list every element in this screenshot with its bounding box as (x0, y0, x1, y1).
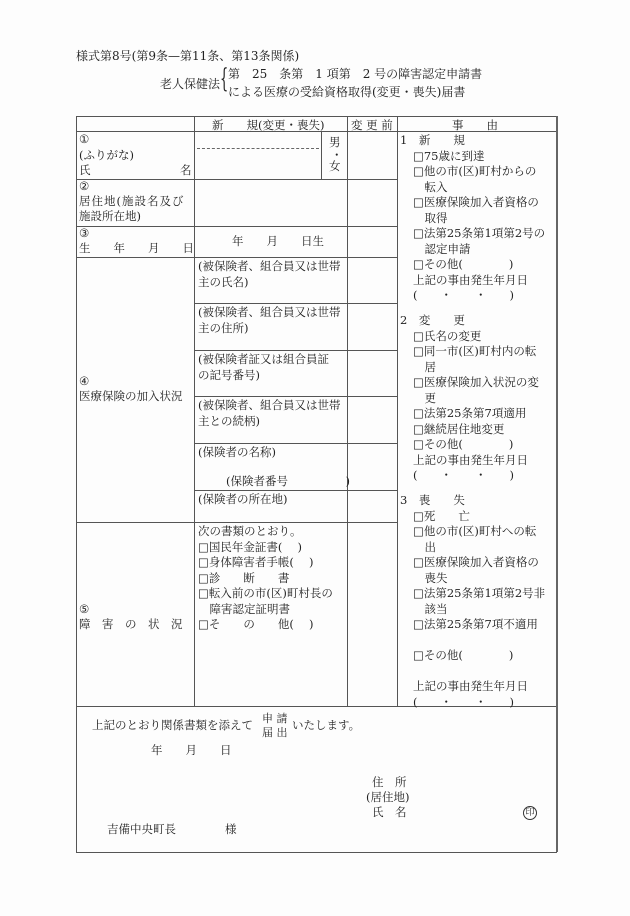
applicant-name-label: 氏 名 (372, 807, 407, 819)
checkbox-art25-7-apply[interactable]: □法第25条第7項適用 (413, 406, 539, 422)
reason-heading-new: 1 新 規 (400, 133, 545, 149)
name-label-left: 氏 (79, 165, 91, 177)
row2-number: ② (79, 181, 89, 193)
checkbox-new-other[interactable]: □その他( ) (413, 257, 545, 273)
checkbox-insurance-acquired[interactable]: □医療保険加入者資格の (413, 195, 545, 211)
row5-number: ⑤ (79, 604, 89, 616)
checkbox-change-other[interactable]: □その他( ) (413, 437, 539, 453)
insurance-status-label: 医療保険の加入状況 (79, 391, 183, 403)
birthdate-field[interactable]: 年 月 日生 (232, 236, 324, 248)
checkbox-death[interactable]: □死 亡 (413, 509, 545, 525)
reason-section-new: 1 新 規 □75歳に到達 □他の市(区)町村からの 転入 □医療保険加入者資格… (400, 133, 545, 304)
checkbox-transfer-out[interactable]: □他の市(区)町村への転 (413, 524, 545, 540)
declaration-apply[interactable]: 申 請 (262, 713, 288, 724)
loss-event-date-field[interactable]: ( ・ ・ ) (413, 695, 545, 711)
reason-section-loss: 3 喪 失 □死 亡 □他の市(区)町村への転 出 □医療保険加入者資格の 喪失… (400, 493, 545, 710)
relationship-cell[interactable]: (被保険者、組合員又は世帯 主との続柄) (198, 398, 341, 429)
checkbox-art25-certification[interactable]: □法第25条第1項第2号の (413, 226, 545, 242)
law-name: 老人保健法 (160, 78, 220, 90)
reason-section-change: 2 変 更 □氏名の変更 □同一市(区)町村内の転 居 □医療保険加入状況の変 … (400, 313, 539, 484)
declaration-end: いたします。 (292, 720, 360, 732)
addressee-honorific: 様 (225, 824, 237, 836)
checkbox-transfer-in[interactable]: □他の市(区)町村からの (413, 164, 545, 180)
checkbox-art25-7-not-apply[interactable]: □法第25条第7項不適用 (413, 617, 545, 633)
insurance-card-number-cell[interactable]: (被保険者証又は組合員証 の記号番号) (198, 352, 329, 383)
title-line-2: による医療の受給資格取得(変更・喪失)届書 (228, 86, 465, 98)
checkbox-art25-not-applicable[interactable]: □法第25条第1項第2号非 (413, 586, 545, 602)
residence-label-1: 居住地(施設名及び (79, 196, 185, 208)
insured-address-cell[interactable]: (被保険者、組合員又は世帯 主の住所) (198, 305, 341, 336)
disability-status-label: 障 害 の 状 況 (79, 619, 183, 631)
row1-number: ① (79, 134, 89, 146)
row4-number: ④ (79, 376, 89, 388)
declaration-text: 上記のとおり関係書類を添えて (92, 720, 253, 732)
header-new: 新 規(変更・喪失) (212, 120, 324, 132)
insured-name-cell[interactable]: (被保険者、組合員又は世帯 主の氏名) (198, 259, 341, 290)
checkbox-insurance-change[interactable]: □医療保険加入状況の変 (413, 375, 539, 391)
insurer-address-cell[interactable]: (保険者の所在地) (198, 492, 287, 508)
change-event-date-field[interactable]: ( ・ ・ ) (413, 468, 539, 484)
insurer-number-label: (保険者番号 ) (226, 476, 350, 488)
checkbox-medical-certificate[interactable]: □診 断 書 (198, 571, 333, 587)
checkbox-loss-other[interactable]: □その他( ) (413, 648, 545, 664)
reason-heading-loss: 3 喪 失 (400, 493, 545, 509)
name-label-right: 名 (180, 165, 192, 177)
checkbox-insurance-lost[interactable]: □医療保険加入者資格の (413, 555, 545, 571)
checkbox-previous-municipality-certificate[interactable]: □転入前の市(区)町村長の (198, 586, 333, 602)
insurer-name-cell[interactable]: (保険者の名称) (198, 445, 276, 461)
furigana-label: (ふりがな) (79, 150, 134, 162)
title-line-1: 第 25 条第 1 項第 2 号の障害認定申請書 (228, 68, 482, 80)
residence-field[interactable] (196, 181, 346, 225)
checkbox-continued-residence-change[interactable]: □継続居住地変更 (413, 422, 539, 438)
form-number: 様式第8号(第9条—第11条、第13条関係) (76, 50, 299, 62)
furigana-field[interactable] (196, 133, 320, 147)
residence-label-2: 施設所在地) (79, 211, 141, 223)
checkbox-pension-certificate[interactable]: □国民年金証書( ) (198, 540, 333, 556)
sex-male[interactable]: 男 (329, 137, 341, 149)
applicant-residence-label: (居住地) (366, 792, 409, 804)
header-before: 変 更 前 (351, 120, 393, 132)
header-reason: 事 由 (452, 120, 498, 132)
new-event-date-field[interactable]: ( ・ ・ ) (413, 288, 545, 304)
name-field[interactable] (196, 150, 320, 178)
checkbox-name-change[interactable]: □氏名の変更 (413, 329, 539, 345)
addressee: 吉備中央町長 (107, 824, 176, 836)
sex-female[interactable]: 女 (329, 161, 341, 173)
checkbox-other-document[interactable]: □そ の 他( ) (198, 617, 333, 633)
row3-number: ③ (79, 228, 89, 240)
reason-heading-change: 2 変 更 (400, 313, 539, 329)
declaration-notify[interactable]: 届 出 (262, 727, 288, 738)
checkbox-age-75[interactable]: □75歳に到達 (413, 149, 545, 165)
declaration-date[interactable]: 年 月 日 (151, 745, 232, 757)
disability-documents-list: 次の書類のとおり。 □国民年金証書( ) □身体障害者手帳( ) □診 断 書 … (198, 524, 333, 633)
checkbox-disability-handbook[interactable]: □身体障害者手帳( ) (198, 555, 333, 571)
seal-icon: 印 (523, 806, 537, 820)
checkbox-move-within[interactable]: □同一市(区)町村内の転 (413, 344, 539, 360)
birthdate-label: 生 年 月 日 (79, 243, 194, 255)
applicant-address-label: 住 所 (372, 777, 407, 789)
